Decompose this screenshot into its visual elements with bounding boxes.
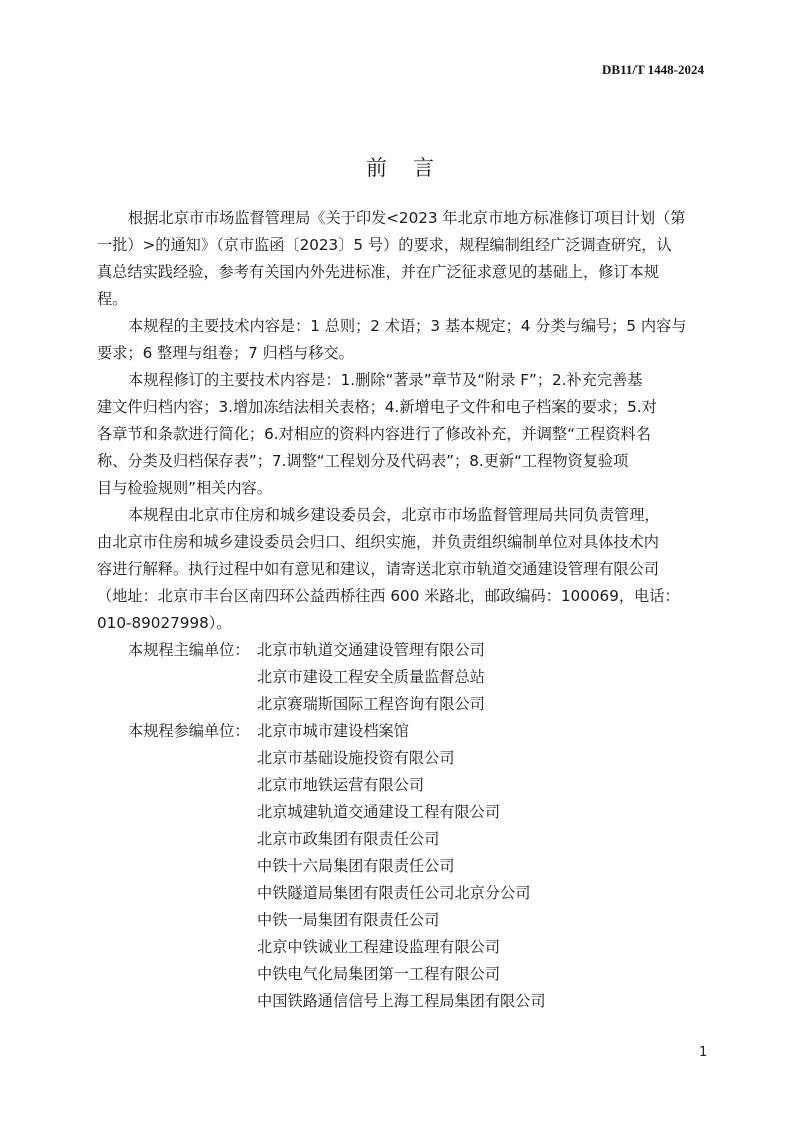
- unit-name: 中铁十六局集团有限责任公司: [257, 853, 454, 880]
- unit-name: 北京市轨道交通建设管理有限公司: [257, 637, 485, 664]
- text-line: 根据北京市市场监督管理局《关于印发<2023 年北京市地方标准修订项目计划（第: [97, 205, 705, 232]
- text-line: 要求；6 整理与组卷；7 归档与移交。: [97, 340, 705, 367]
- participating-units-label: 本规程参编单位：: [97, 718, 257, 745]
- unit-name: 北京市基础设施投资有限公司: [257, 745, 454, 772]
- text-line: （地址：北京市丰台区南四环公益西桥往西 600 米路北，邮政编码：100069，…: [97, 583, 705, 610]
- document-body: 根据北京市市场监督管理局《关于印发<2023 年北京市地方标准修订项目计划（第 …: [97, 205, 705, 1015]
- text-line: 本规程的主要技术内容是：1 总则；2 术语；3 基本规定；4 分类与编号；5 内…: [97, 313, 705, 340]
- unit-name: 中铁电气化局集团第一工程有限公司: [257, 961, 500, 988]
- unit-name: 北京市地铁运营有限公司: [257, 772, 424, 799]
- unit-name: 北京市政集团有限责任公司: [257, 826, 439, 853]
- chief-units-section: 本规程主编单位：北京市轨道交通建设管理有限公司 北京市建设工程安全质量监督总站 …: [97, 637, 705, 718]
- text-line: 本规程修订的主要技术内容是：1.删除“著录”章节及“附录 F”；2.补充完善基: [97, 367, 705, 394]
- text-line: 由北京市住房和城乡建设委员会归口、组织实施，并负责组织编制单位对具体技术内: [97, 529, 705, 556]
- text-line: 称、分类及归档保存表”；7.调整“工程划分及代码表”；8.更新“工程物资复验项: [97, 448, 705, 475]
- participating-units-section: 本规程参编单位：北京市城市建设档案馆 北京市基础设施投资有限公司 北京市地铁运营…: [97, 718, 705, 1015]
- unit-name: 北京市建设工程安全质量监督总站: [257, 664, 485, 691]
- unit-name: 北京中铁诚业工程建设监理有限公司: [257, 934, 500, 961]
- unit-name: 中铁一局集团有限责任公司: [257, 907, 439, 934]
- paragraph-main-content: 本规程的主要技术内容是：1 总则；2 术语；3 基本规定；4 分类与编号；5 内…: [97, 313, 705, 367]
- text-line: 010-89027998）。: [97, 610, 705, 637]
- unit-name: 北京赛瑞斯国际工程咨询有限公司: [257, 691, 485, 718]
- chief-units-label: 本规程主编单位：: [97, 637, 257, 664]
- unit-name: 中国铁路通信信号上海工程局集团有限公司: [257, 988, 546, 1015]
- text-line: 程。: [97, 286, 705, 313]
- document-code: DB11/T 1448-2024: [602, 62, 704, 78]
- unit-name: 中铁隧道局集团有限责任公司北京分公司: [257, 880, 530, 907]
- text-line: 一批）>的通知》（京市监函〔2023〕5 号）的要求，规程编制组经广泛调查研究，…: [97, 232, 705, 259]
- text-line: 建文件归档内容；3.增加冻结法相关表格；4.新增电子文件和电子档案的要求；5.对: [97, 394, 705, 421]
- text-line: 真总结实践经验，参考有关国内外先进标准，并在广泛征求意见的基础上，修订本规: [97, 259, 705, 286]
- text-line: 各章节和条款进行简化；6.对相应的资料内容进行了修改补充，并调整“工程资料名: [97, 421, 705, 448]
- unit-name: 北京市城市建设档案馆: [257, 718, 409, 745]
- text-line: 目与检验规则”相关内容。: [97, 475, 705, 502]
- paragraph-management: 本规程由北京市住房和城乡建设委员会，北京市市场监督管理局共同负责管理， 由北京市…: [97, 502, 705, 637]
- page-title: 前言: [0, 152, 800, 182]
- text-line: 容进行解释。执行过程中如有意见和建议，请寄送北京市轨道交通建设管理有限公司: [97, 556, 705, 583]
- unit-name: 北京城建轨道交通建设工程有限公司: [257, 799, 500, 826]
- page-number: 1: [699, 1045, 707, 1060]
- paragraph-revision-content: 本规程修订的主要技术内容是：1.删除“著录”章节及“附录 F”；2.补充完善基 …: [97, 367, 705, 502]
- text-line: 本规程由北京市住房和城乡建设委员会，北京市市场监督管理局共同负责管理，: [97, 502, 705, 529]
- paragraph-basis: 根据北京市市场监督管理局《关于印发<2023 年北京市地方标准修订项目计划（第 …: [97, 205, 705, 313]
